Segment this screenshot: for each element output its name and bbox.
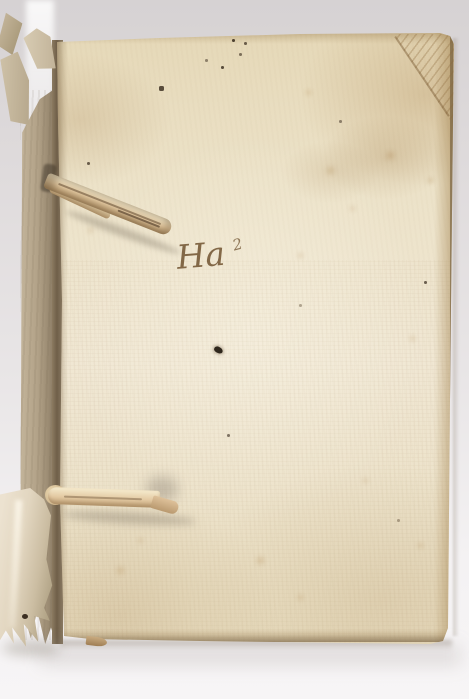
handwritten-inscription: Ha2	[174, 222, 268, 276]
strap-crack	[64, 496, 142, 501]
paper-grain-texture	[57, 33, 454, 643]
photo-of-vellum-book: Ha2	[0, 0, 469, 699]
ink-specks	[0, 0, 1, 1]
fore-edge-outer-shadow	[453, 38, 459, 636]
foxing-spots	[0, 0, 1, 1]
inscription-text: Ha	[175, 234, 227, 277]
book-cover-page	[0, 0, 469, 699]
wormhole	[22, 614, 28, 619]
inscription-flourish: 2	[228, 224, 248, 265]
torn-parchment-tip	[0, 12, 24, 55]
